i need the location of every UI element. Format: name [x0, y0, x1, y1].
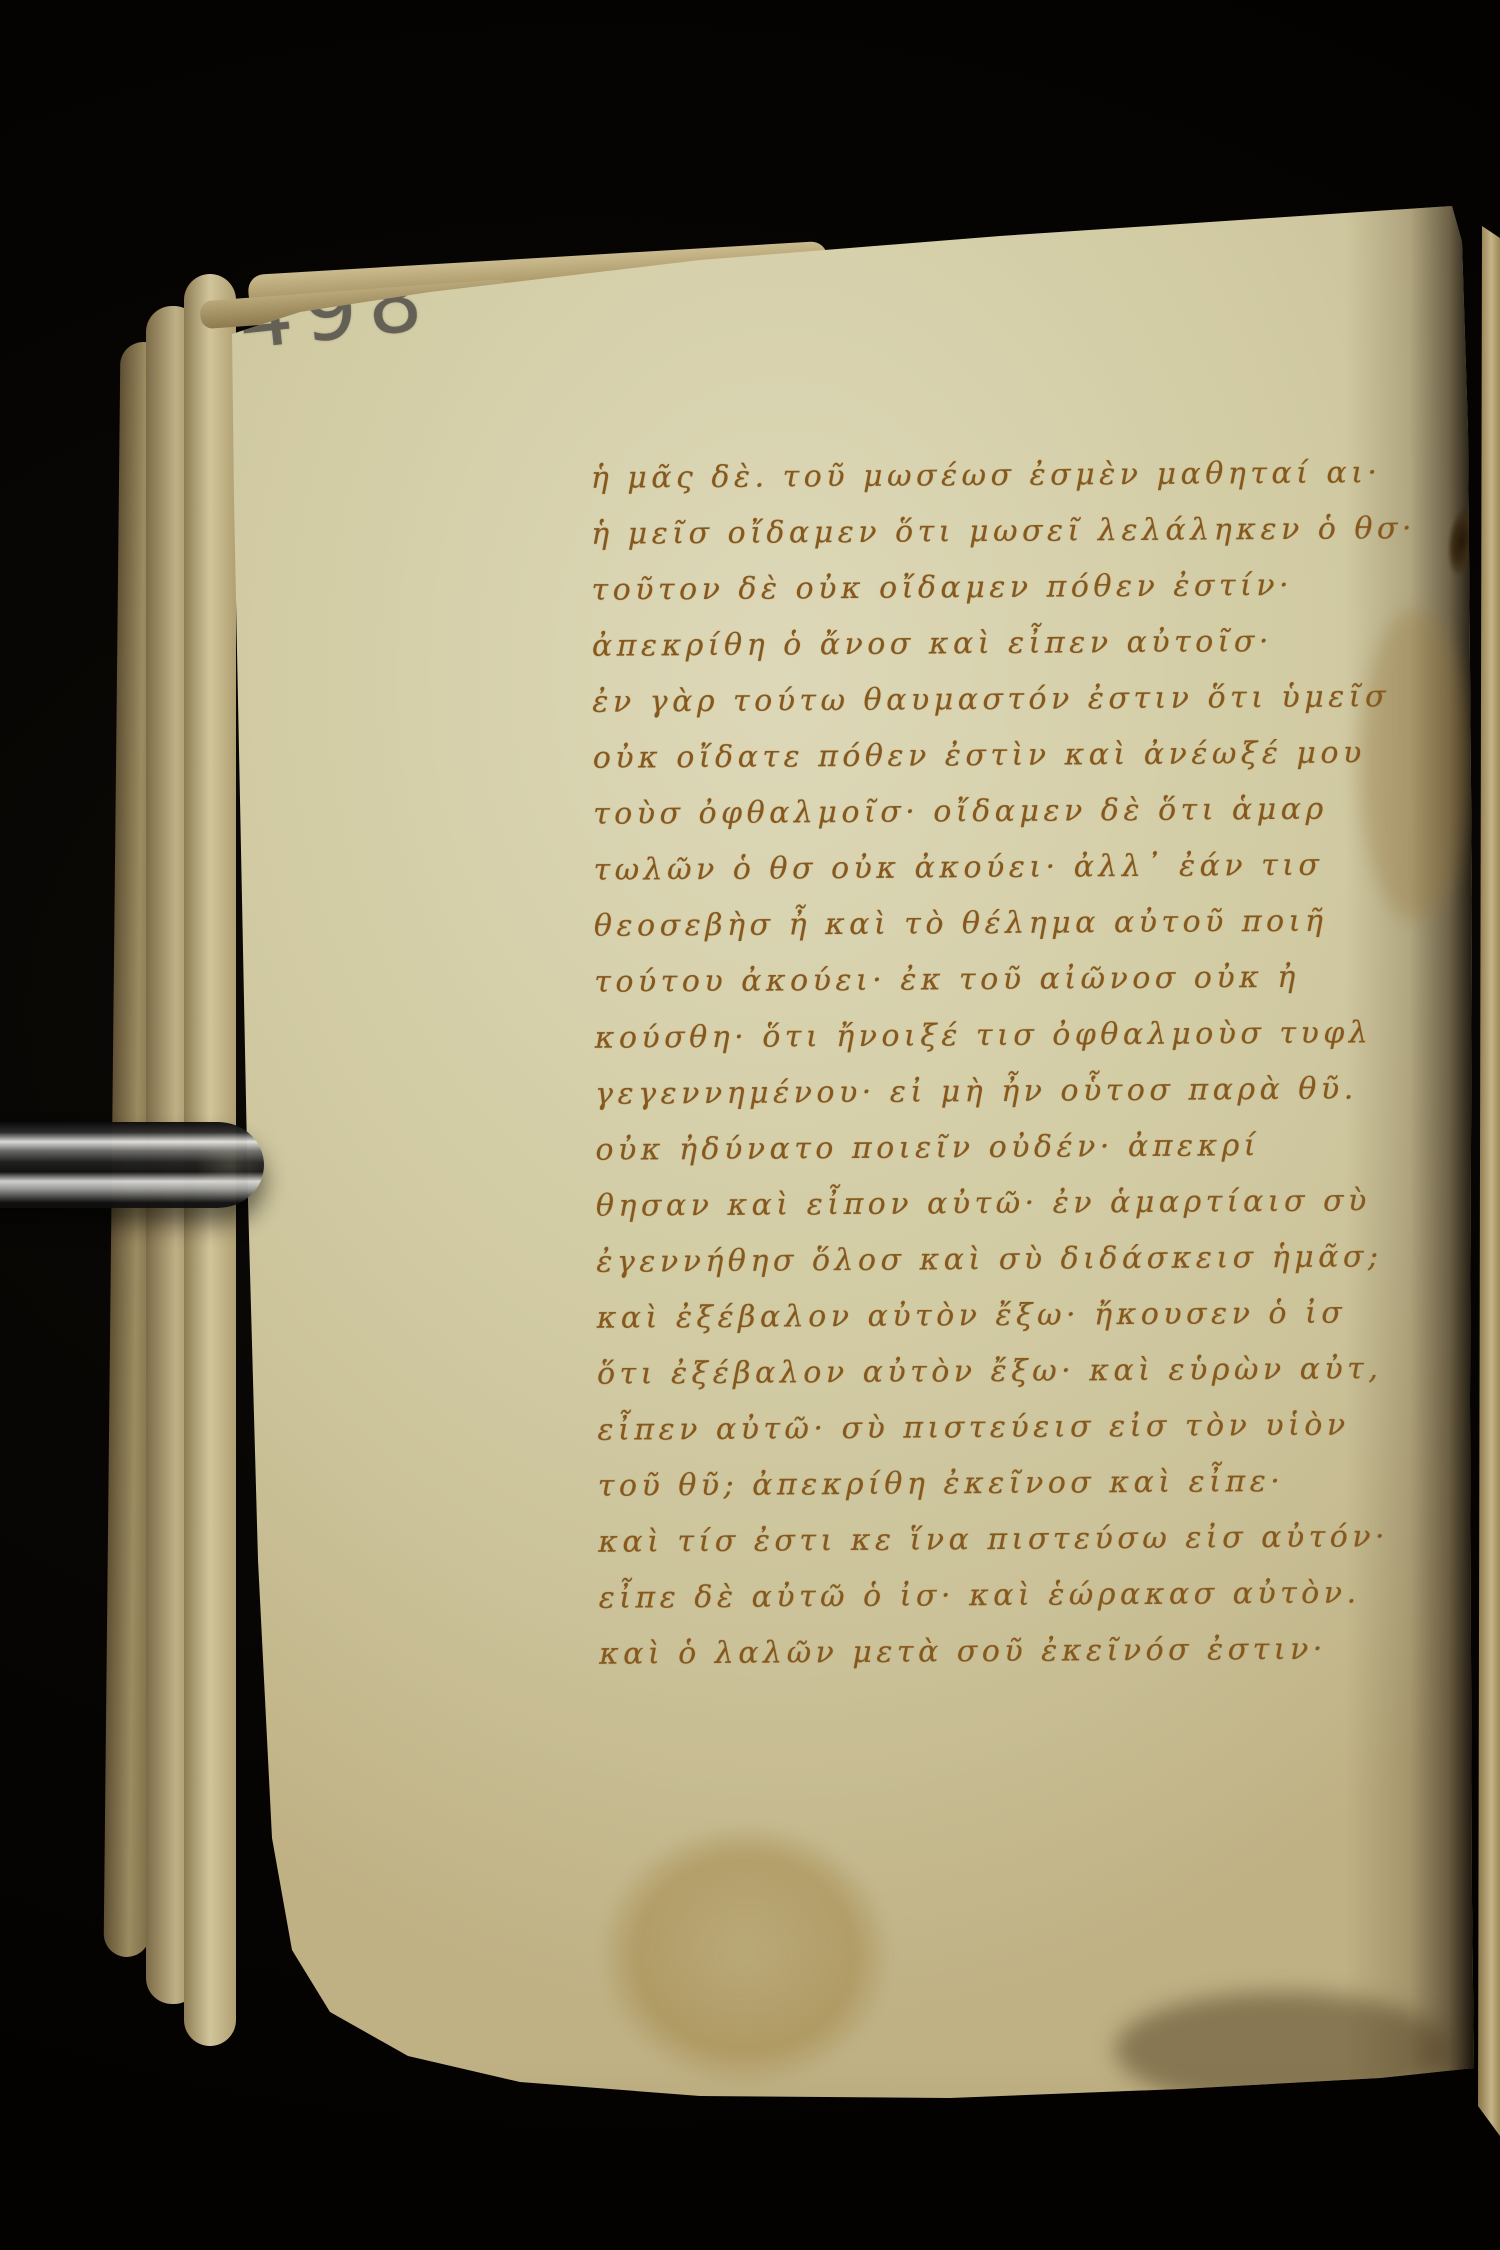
rod-tip-highlight: [196, 1130, 266, 1200]
text-line: κούσθη· ὅτι ἤνοιξέ τισ ὀφθαλμοὺσ τυφλ: [595, 1005, 1395, 1067]
manuscript-photo: 498 ἡ μᾶς δὲ. τοῦ μωσέωσ ἐσμὲν μαθηταί α…: [0, 0, 1500, 2250]
water-stain: [598, 1822, 893, 2087]
text-line: ἡ μᾶς δὲ. τοῦ μωσέωσ ἐσμὲν μαθηταί αι·: [591, 445, 1391, 507]
text-line: ἐγεννήθησ ὅλοσ καὶ σὺ διδάσκεισ ἡμᾶσ;: [596, 1229, 1396, 1291]
text-line: οὐκ ἠδύνατο ποιεῖν οὐδέν· ἀπεκρί: [595, 1117, 1395, 1179]
text-line: ἐν γὰρ τούτω θαυμαστόν ἐστιν ὅτι ὑμεῖσ: [592, 669, 1392, 731]
text-line: ἡ μεῖσ οἴδαμεν ὅτι μωσεῖ λελάληκεν ὁ θσ·: [591, 501, 1391, 563]
text-line: θεοσεβὴσ ἦ καὶ τὸ θέλημα αὐτοῦ ποιῆ: [594, 893, 1394, 955]
text-line: εἶπεν αὐτῶ· σὺ πιστεύεισ εἰσ τὸν υἱὸν: [597, 1397, 1397, 1459]
text-line: εἶπε δὲ αὐτῶ ὁ ἰσ· καὶ ἑώρακασ αὐτὸν.: [598, 1565, 1398, 1627]
greek-text-block: ἡ μᾶς δὲ. τοῦ μωσέωσ ἐσμὲν μαθηταί αι· ἡ…: [591, 445, 1400, 1711]
text-line: θησαν καὶ εἶπον αὐτῶ· ἐν ἁμαρτίαισ σὺ: [596, 1173, 1396, 1235]
text-line: γεγεννημένου· εἰ μὴ ἦν οὗτοσ παρὰ θῦ.: [595, 1061, 1395, 1123]
text-line: ὅτι ἐξέβαλον αὐτὸν ἔξω· καὶ εὑρὼν αὐτ,: [597, 1341, 1397, 1403]
edge-smudge: [1115, 1992, 1450, 2107]
text-line: ἀπεκρίθη ὁ ἄνοσ καὶ εἶπεν αὐτοῖσ·: [592, 613, 1392, 675]
text-line: τοὺσ ὀφθαλμοῖσ· οἴδαμεν δὲ ὅτι ἁμαρ: [593, 781, 1393, 843]
text-line: καὶ ὁ λαλῶν μετὰ σοῦ ἐκεῖνόσ ἐστιν·: [599, 1621, 1399, 1683]
text-line: καὶ ἐξέβαλον αὐτὸν ἔξω· ἤκουσεν ὁ ἰσ: [596, 1285, 1396, 1347]
text-line: τοῦτον δὲ οὐκ οἴδαμεν πόθεν ἐστίν·: [591, 557, 1391, 619]
text-line: τοῦ θῦ; ἀπεκρίθη ἐκεῖνοσ καὶ εἶπε·: [598, 1453, 1398, 1515]
text-line: οὐκ οἴδατε πόθεν ἐστὶν καὶ ἀνέωξέ μου: [593, 725, 1393, 787]
text-line: τωλῶν ὁ θσ οὐκ ἀκούει· ἀλλ᾽ ἐάν τισ: [593, 837, 1393, 899]
text-line: καὶ τίσ ἐστι κε ἵνα πιστεύσω εἰσ αὐτόν·: [598, 1509, 1398, 1571]
facing-page-edge: [1478, 226, 1500, 2136]
text-line: τούτου ἀκούει· ἐκ τοῦ αἰῶνοσ οὐκ ἠ: [594, 949, 1394, 1011]
